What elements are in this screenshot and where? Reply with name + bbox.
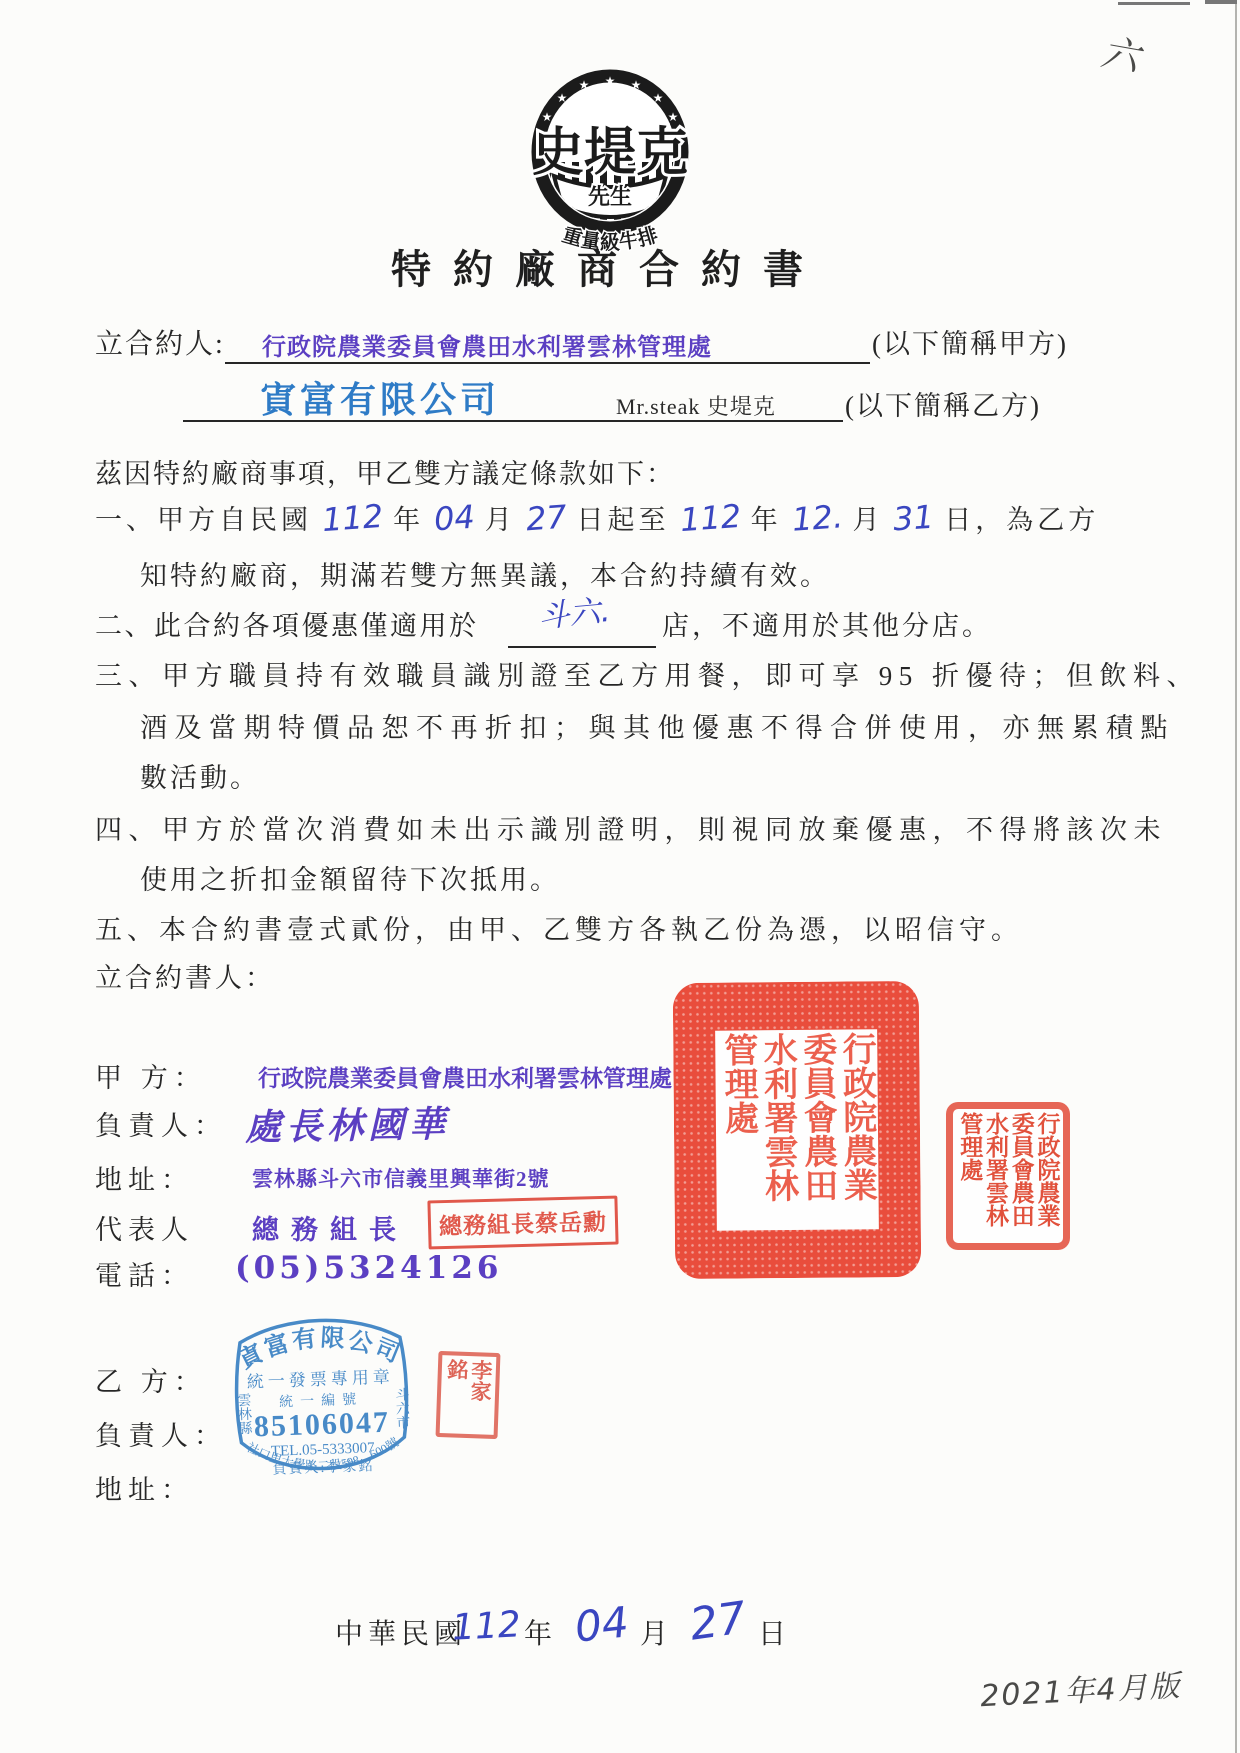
clause-1-text: 月	[485, 498, 516, 537]
svg-text:★: ★	[653, 91, 664, 105]
representative-name-seal: 總務組長蔡岳勳	[427, 1196, 618, 1250]
government-small-seal: 行政院農業委員會農田水利署雲林管理處	[946, 1102, 1070, 1250]
svg-text:★: ★	[557, 91, 568, 105]
party-b-row-label: 乙 方：	[95, 1360, 207, 1399]
clause-1-line-1: 一、甲方自民國 112 年 04 月 27 日起至 112 年 12. 月 31…	[95, 498, 1099, 537]
signers-label: 立合約書人：	[95, 956, 275, 995]
clause-1-text: 日，為乙方	[944, 498, 1099, 537]
party-a-address-stamp: 雲林縣斗六市信義里興華街2號	[252, 1163, 550, 1193]
clause-1-text: 一、甲方自民國	[95, 498, 312, 537]
party-a-label: 立合約人:	[95, 322, 225, 362]
handwritten-store-name: 斗六.	[536, 585, 612, 636]
representative-title-stamp: 總務組長	[252, 1208, 408, 1247]
clause-4-line-2: 使用之折扣金額留待下次抵用。	[140, 858, 560, 897]
party-a-suffix: (以下簡稱甲方)	[872, 322, 1068, 361]
handwritten-start-year: 112	[321, 497, 385, 539]
handwritten-footer-year: 112	[451, 1604, 522, 1649]
scanned-contract-page: 六 ★★★ ★★ ★★ 史堤克 先生	[0, 0, 1240, 1753]
party-b-latin-name: Mr.steak 史堤克	[616, 390, 776, 421]
government-official-seal: 行政院農業委員會農田水利署雲林管理處	[673, 981, 922, 1279]
scan-artifact	[1205, 0, 1237, 4]
clause-2-pre: 二、此合約各項優惠僅適用於	[95, 604, 479, 643]
clause-1-line-2: 知特約廠商，期滿若雙方無異議，本合約持續有效。	[140, 554, 830, 593]
handwritten-start-day: 27	[525, 498, 568, 539]
party-a-agency-stamp: 行政院農業委員會農田水利署雲林管理處	[258, 1060, 672, 1093]
clause-3-line-2: 酒及當期特價品恕不再折扣；與其他優惠不得合併使用，亦無累積點	[140, 706, 1175, 745]
party-a-principal-label: 負責人：	[95, 1104, 227, 1143]
year-label: 年	[524, 1612, 554, 1652]
scan-edge-line	[1235, 0, 1237, 1753]
party-a-name-stamp: 行政院農業委員會農田水利署雲林管理處	[262, 327, 712, 362]
mr-steak-logo-graphic: ★★★ ★★ ★★ 史堤克 先生 重量級牛排	[520, 64, 700, 264]
party-b-suffix: (以下簡稱乙方)	[845, 384, 1041, 423]
logo-brand-text: 史堤克	[532, 124, 688, 182]
month-label: 月	[640, 1612, 670, 1652]
owner-personal-seal: 李家 銘	[436, 1351, 501, 1439]
svg-text:★: ★	[668, 110, 679, 124]
svg-text:★: ★	[579, 78, 590, 92]
clause-4-line-1: 四、甲方於當次消費如未出示識別證明，則視同放棄優惠，不得將該次未	[95, 808, 1167, 847]
mr-steak-logo: ★★★ ★★ ★★ 史堤克 先生 重量級牛排	[520, 64, 700, 264]
party-a-representative-label: 代表人	[95, 1208, 194, 1247]
clause-1-text: 月	[852, 498, 883, 537]
government-seal-text: 行政院農業委員會農田水利署雲林管理處	[717, 1031, 876, 1228]
handwritten-end-day: 31	[892, 498, 935, 539]
party-b-principal-label: 負責人：	[95, 1414, 227, 1453]
handwritten-end-year: 112	[678, 497, 742, 539]
handwritten-start-month: 04	[433, 498, 476, 539]
preamble: 茲因特約廠商事項，甲乙雙方議定條款如下：	[95, 452, 675, 491]
director-signature-stamp: 處長林國華	[245, 1096, 451, 1151]
party-a-phone-label: 電話：	[95, 1254, 194, 1293]
day-label: 日	[758, 1612, 788, 1652]
clause-2-end: 店，不適用於其他分店。	[662, 604, 992, 643]
handwritten-page-mark: 六	[1098, 21, 1145, 82]
clause-1-text: 年	[393, 498, 424, 537]
clause-3-line-3: 數活動。	[140, 756, 260, 795]
party-a-underline	[225, 360, 870, 364]
party-b-address-label: 地址：	[95, 1468, 194, 1507]
owner-seal-col-left: 銘	[444, 1358, 469, 1431]
party-b-name-stamp: 寊富有限公司	[260, 372, 500, 423]
government-seal-inner: 行政院農業委員會農田水利署雲林管理處	[715, 1029, 879, 1230]
handwritten-footer-month: 04	[573, 1597, 631, 1651]
government-small-seal-text: 行政院農業委員會農田水利署雲林管理處	[957, 1112, 1060, 1240]
owner-seal-col-right: 李家	[468, 1359, 493, 1432]
svg-text:★: ★	[605, 74, 616, 88]
handwritten-end-month: 12.	[790, 497, 843, 538]
roc-era-label: 中華民國	[335, 1612, 467, 1652]
party-a-row-label: 甲 方：	[95, 1056, 207, 1095]
svg-text:★: ★	[542, 110, 553, 124]
scan-artifact	[1118, 2, 1190, 5]
party-b-underline	[183, 418, 843, 422]
company-invoice-seal-graphic: 寊富有限公司 統一發票專用章 統一編號 85106047 TEL.05-5333…	[206, 1284, 436, 1514]
logo-mister-text: 先生	[588, 184, 632, 209]
handwritten-footer-day: 27	[687, 1592, 750, 1650]
clause-5: 五、本合約書壹式貳份，由甲、乙雙方各執乙份為憑，以昭信守。	[95, 908, 1023, 947]
clause-3-line-1: 三、甲方職員持有效職員識別證至乙方用餐，即可享 95 折優待；但飲料、	[95, 654, 1200, 693]
document-title: 特約廠商合約書	[0, 238, 1216, 295]
party-a-phone-stamp: (05)5324126	[235, 1250, 502, 1286]
company-seal-city: 斗六市	[393, 1386, 410, 1430]
clause-1-text: 日起至	[577, 498, 670, 537]
company-seal-invoice-line: 統一發票專用章	[246, 1366, 394, 1391]
company-seal-tax-id: 85106047	[253, 1406, 390, 1444]
clause-1-text: 年	[751, 498, 782, 537]
company-invoice-seal: 寊富有限公司 統一發票專用章 統一編號 85106047 TEL.05-5333…	[206, 1284, 436, 1514]
handwritten-version-note: 2021年4月版	[979, 1661, 1182, 1715]
svg-text:★: ★	[631, 78, 642, 92]
company-seal-county: 雲林縣	[235, 1392, 252, 1435]
party-a-address-label: 地址：	[95, 1158, 194, 1197]
clause-2-blank-underline	[508, 644, 656, 648]
